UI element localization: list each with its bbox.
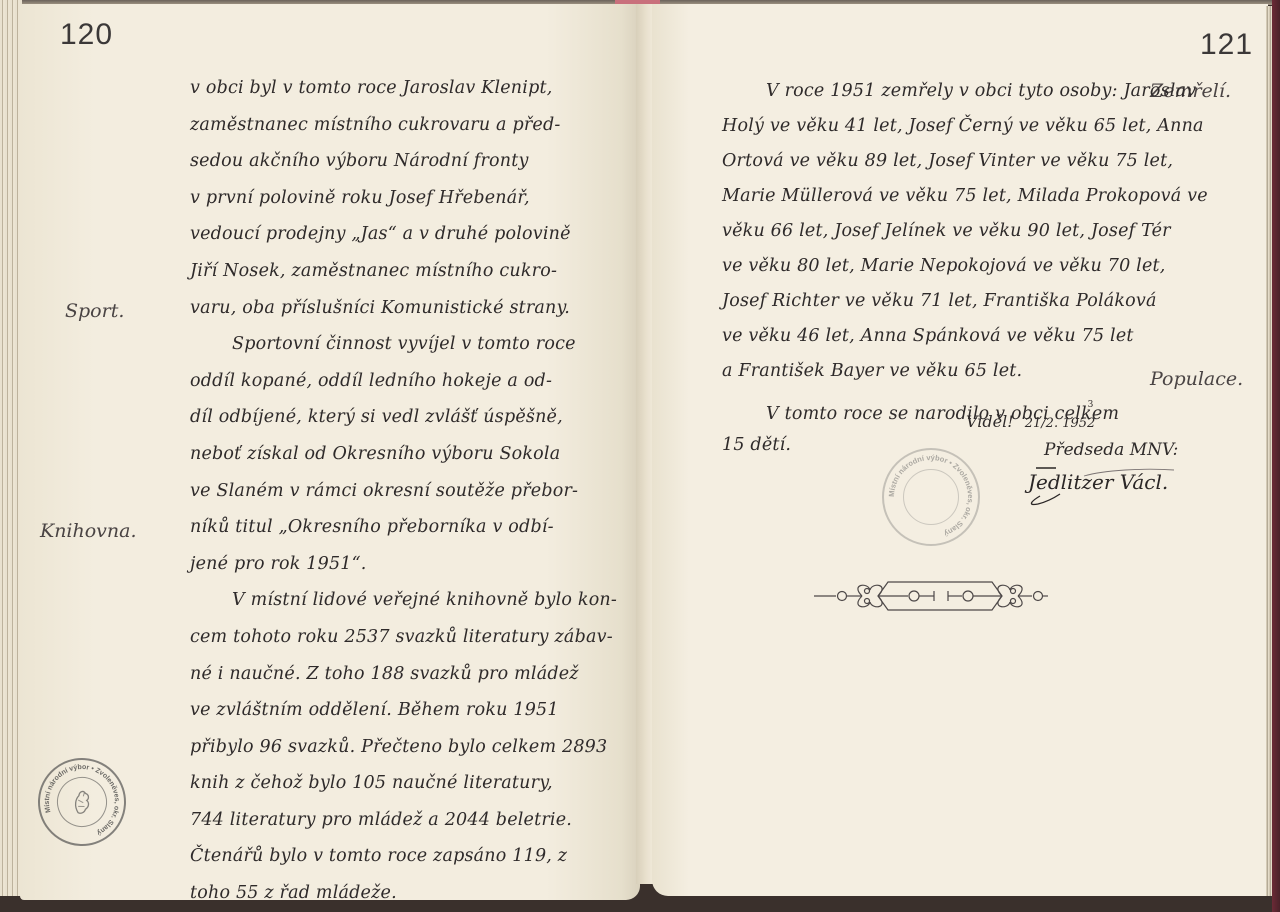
text-line: cem tohoto roku 2537 svazků literatury z…	[190, 619, 617, 656]
text-line: díl odbíjené, který si vedl zvlášť úspěš…	[190, 399, 617, 436]
right-page: 121 Zemřelí. Populace. V roce 1951 zemře…	[652, 4, 1268, 896]
decorative-ornament-icon	[810, 576, 1050, 616]
text-line: V roce 1951 zemřely v obci tyto osoby: J…	[722, 74, 1208, 109]
text-line: neboť získal od Okresního výboru Sokola	[190, 436, 617, 473]
text-line: ve zvláštním oddělení. Během roku 1951	[190, 692, 617, 729]
text-line: Josef Richter ve věku 71 let, Františka …	[722, 284, 1208, 319]
text-line: ve věku 80 let, Marie Nepokojová ve věku…	[722, 249, 1208, 284]
text-line: 744 literatury pro mládež a 2044 beletri…	[190, 802, 617, 839]
stamp-ring-text: Místní národní výbor • Zvoleněves, okr. …	[884, 450, 978, 544]
text-line: vedoucí prodejny „Jas“ a v druhé polovin…	[190, 216, 617, 253]
left-page-text: v obci byl v tomto roce Jaroslav Klenipt…	[190, 70, 617, 912]
page-number-right: 121	[1200, 28, 1253, 62]
text-line: toho 55 z řad mládeže.	[190, 875, 617, 912]
text-line: knih z čehož bylo 105 naučné literatury,	[190, 765, 617, 802]
text-line: přibylo 96 svazků. Přečteno bylo celkem …	[190, 729, 617, 766]
text-line: Jiří Nosek, zaměstnanec místního cukro-	[190, 253, 617, 290]
chair-label: Předseda MNV:	[1044, 440, 1178, 460]
text-line: v první polovině roku Josef Hřebenář,	[190, 180, 617, 217]
text-line: Čtenářů bylo v tomto roce zapsáno 119, z	[190, 838, 617, 875]
stamp-ring-text: Místní národní výbor • Zvoleněves, okr. …	[29, 749, 135, 855]
svg-text:Místní národní výbor • Zvoleně: Místní národní výbor • Zvoleněves, okr. …	[887, 453, 975, 539]
text-line: Ortová ve věku 89 let, Josef Vinter ve v…	[722, 144, 1208, 179]
margin-note-sport: Sport.	[65, 300, 124, 322]
text-line: v obci byl v tomto roce Jaroslav Klenipt…	[190, 70, 617, 107]
book-cover-edge	[1272, 0, 1280, 912]
margin-note-library: Knihovna.	[40, 520, 137, 542]
left-page: 120 Sport. Knihovna. v obci byl v tomto …	[20, 4, 640, 900]
text-line: oddíl kopané, oddíl ledního hokeje a od-	[190, 363, 617, 400]
text-line: věku 66 let, Josef Jelínek ve věku 90 le…	[722, 214, 1208, 249]
text-line: ve věku 46 let, Anna Spánková ve věku 75…	[722, 319, 1208, 354]
signature-flourish-icon	[1024, 458, 1194, 508]
seen-label: Viděl!	[966, 412, 1014, 431]
svg-text:Místní národní výbor • Zvoleně: Místní národní výbor • Zvoleněves, okr. …	[34, 754, 130, 849]
open-book: 120 Sport. Knihovna. v obci byl v tomto …	[0, 0, 1280, 912]
text-line: Marie Müllerová ve věku 75 let, Milada P…	[722, 179, 1208, 214]
date-correction: 3	[1088, 400, 1094, 410]
right-page-text: V roce 1951 zemřely v obci tyto osoby: J…	[722, 74, 1208, 458]
official-stamp-right: Místní národní výbor • Zvoleněves, okr. …	[882, 448, 980, 546]
official-stamp-left: Místní národní výbor • Zvoleněves, okr. …	[27, 747, 138, 858]
text-line: jené pro rok 1951“.	[190, 546, 617, 583]
approval-date: 21/2. 1952 3	[1025, 416, 1096, 431]
text-line: sedou akčního výboru Národní fronty	[190, 143, 617, 180]
text-line: Sportovní činnost vyvíjel v tomto roce	[190, 326, 617, 363]
page-number-left: 120	[60, 18, 113, 52]
text-line: a František Bayer ve věku 65 let.	[722, 354, 1208, 389]
approval-block: Viděl! 21/2. 1952 3	[966, 412, 1095, 431]
left-page-stack-edge	[0, 0, 22, 896]
text-line: varu, oba příslušníci Komunistické stran…	[190, 290, 617, 327]
text-line: ve Slaném v rámci okresní soutěže přebor…	[190, 473, 617, 510]
text-line: zaměstnanec místního cukrovaru a před-	[190, 107, 617, 144]
text-line: V tomto roce se narodilo v obci celkem	[722, 397, 1208, 432]
text-line: né i naučné. Z toho 188 svazků pro mláde…	[190, 656, 617, 693]
text-line: Holý ve věku 41 let, Josef Černý ve věku…	[722, 109, 1208, 144]
text-line: níků titul „Okresního přeborníka v odbí-	[190, 509, 617, 546]
text-line: V místní lidové veřejné knihovně bylo ko…	[190, 582, 617, 619]
